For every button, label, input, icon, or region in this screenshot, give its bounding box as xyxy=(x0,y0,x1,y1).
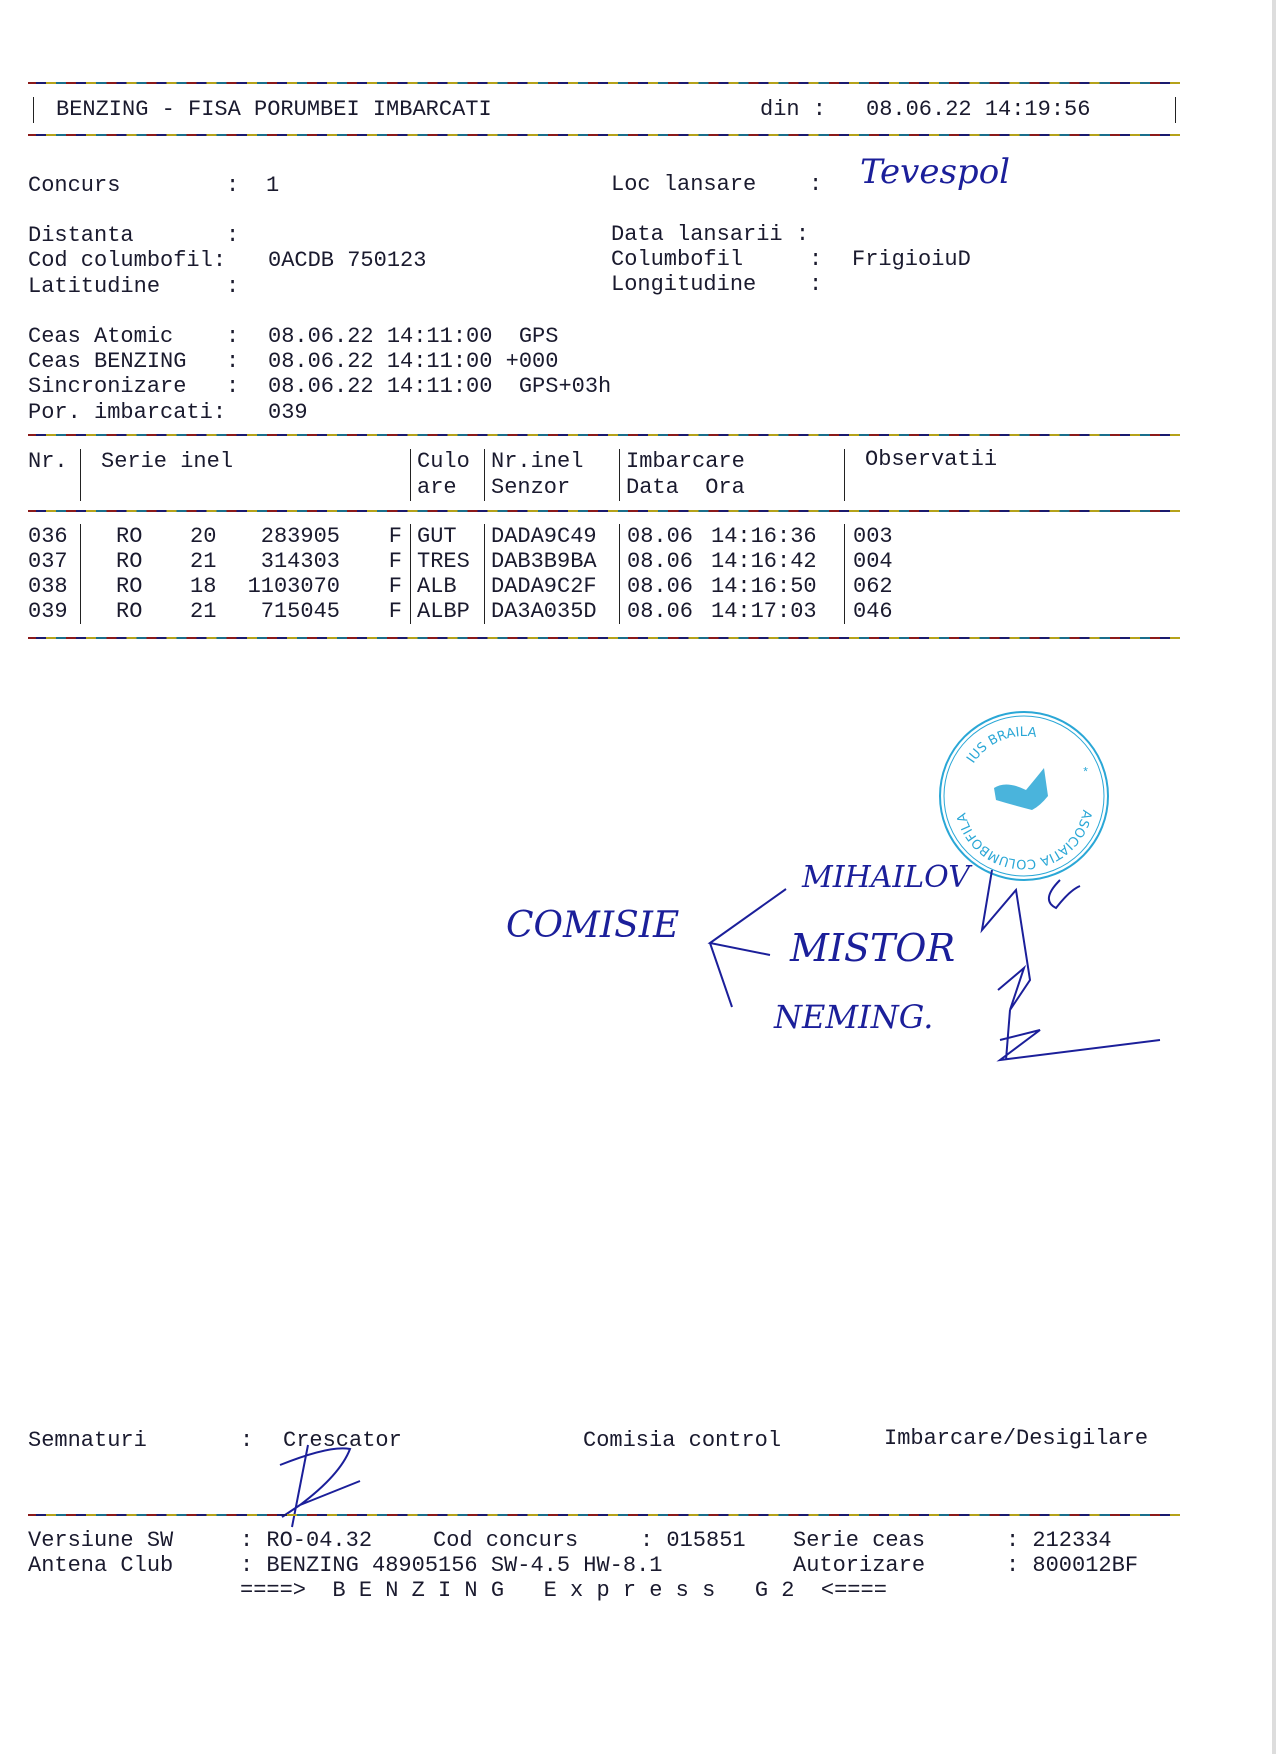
commission-member: NEMING. xyxy=(774,998,933,1036)
din-value: 08.06.22 14:19:56 xyxy=(866,97,1090,123)
cell-obs: 003 xyxy=(853,524,893,550)
cell-data: 08.06 xyxy=(627,524,693,550)
cell-tara: RO xyxy=(116,524,142,550)
cell-ora: 14:16:50 xyxy=(711,574,817,600)
comisia-control-label: Comisia control xyxy=(583,1428,781,1454)
col-separator xyxy=(80,524,81,549)
clock-value: 039 xyxy=(268,400,308,426)
cell-tara: RO xyxy=(116,549,142,575)
cell-culoare: GUT xyxy=(417,524,457,550)
autorizare-label: Autorizare xyxy=(793,1553,925,1579)
col-header-nr-inel-1: Nr.inel xyxy=(491,449,583,475)
cell-serie: 715045 xyxy=(261,599,340,625)
col-separator xyxy=(80,449,81,501)
cell-nr: 038 xyxy=(28,574,68,600)
columbofil-value: FrigioiuD xyxy=(852,247,971,273)
clock-value: 08.06.22 14:11:00 +000 xyxy=(268,349,558,375)
cell-senzor: DADA9C2F xyxy=(491,574,597,600)
antena-club-label: Antena Club xyxy=(28,1553,173,1579)
col-header-culoare-2: are xyxy=(417,475,457,501)
commission-label: COMISIE xyxy=(506,905,679,946)
clock-value: 08.06.22 14:11:00 GPS xyxy=(268,324,558,350)
commission-member: MISTOR xyxy=(790,926,955,970)
cell-culoare: ALB xyxy=(417,574,457,600)
col-separator xyxy=(619,574,620,599)
divider xyxy=(28,434,1180,436)
cell-nr: 039 xyxy=(28,599,68,625)
col-separator xyxy=(844,524,845,549)
col-header-imbarcare-2: Data Ora xyxy=(626,475,745,501)
divider xyxy=(28,637,1180,639)
cell-obs: 062 xyxy=(853,574,893,600)
cell-nr: 036 xyxy=(28,524,68,550)
cell-culoare: ALBP xyxy=(417,599,470,625)
latitudine-label: Latitudine : xyxy=(28,274,239,300)
benzing-banner: ====> B E N Z I N G E x p r e s s G 2 <=… xyxy=(240,1578,887,1604)
cell-tara: RO xyxy=(116,599,142,625)
cell-data: 08.06 xyxy=(627,599,693,625)
svg-text:*: * xyxy=(1082,766,1089,780)
col-header-imbarcare-1: Imbarcare xyxy=(626,449,745,475)
cell-senzor: DA3A035D xyxy=(491,599,597,625)
concurs-label: Concurs : xyxy=(28,173,239,199)
col-separator xyxy=(410,574,411,599)
cell-ora: 14:17:03 xyxy=(711,599,817,625)
bracket-mark xyxy=(700,885,800,1015)
col-separator xyxy=(844,549,845,574)
semnaturi-colon: : xyxy=(240,1428,253,1454)
col-header-nr: Nr. xyxy=(28,449,68,475)
cell-an: 20 xyxy=(190,524,216,550)
cell-sex: F xyxy=(389,574,402,600)
cell-senzor: DAB3B9BA xyxy=(491,549,597,575)
longitudine-label: Longitudine : xyxy=(611,272,822,298)
cell-serie: 1103070 xyxy=(248,574,340,600)
loc-lansare-handwritten: Tevespol xyxy=(860,152,1010,192)
cell-tara: RO xyxy=(116,574,142,600)
col-separator xyxy=(410,449,411,501)
data-lansarii-label: Data lansarii : xyxy=(611,222,809,248)
page-title: BENZING - FISA PORUMBEI IMBARCATI xyxy=(56,97,492,123)
antena-club-value: : BENZING 48905156 SW-4.5 HW-8.1 xyxy=(240,1553,662,1579)
club-stamp: IUS BRAILA ASOCIATIA COLUMBOFILA * xyxy=(936,708,1112,884)
divider xyxy=(28,134,1180,136)
cell-obs: 046 xyxy=(853,599,893,625)
columbofil-label: Columbofil : xyxy=(611,247,822,273)
col-separator xyxy=(484,599,485,624)
col-separator xyxy=(619,599,620,624)
commission-member: MIHAILOV xyxy=(802,860,970,895)
cell-sex: F xyxy=(389,549,402,575)
col-separator xyxy=(619,524,620,549)
cell-data: 08.06 xyxy=(627,574,693,600)
clock-label: Por. imbarcati: xyxy=(28,400,226,426)
cell-an: 18 xyxy=(190,574,216,600)
din-label: din : xyxy=(760,97,826,123)
col-header-nr-inel-2: Senzor xyxy=(491,475,570,501)
col-separator xyxy=(844,449,845,501)
cell-ora: 14:16:42 xyxy=(711,549,817,575)
imbarcare-desigilare-label: Imbarcare/Desigilare xyxy=(884,1426,1148,1452)
col-separator xyxy=(80,599,81,624)
col-separator xyxy=(484,574,485,599)
col-separator xyxy=(410,549,411,574)
header-border-left xyxy=(33,97,34,123)
col-separator xyxy=(410,599,411,624)
col-separator xyxy=(844,599,845,624)
cell-senzor: DADA9C49 xyxy=(491,524,597,550)
cell-serie: 314303 xyxy=(261,549,340,575)
autorizare-value: : 800012BF xyxy=(1006,1553,1138,1579)
clock-value: 08.06.22 14:11:00 GPS+03h xyxy=(268,374,611,400)
col-header-serie-inel: Serie inel xyxy=(101,449,233,475)
signature xyxy=(960,860,1160,1080)
cell-an: 21 xyxy=(190,549,216,575)
col-separator xyxy=(619,549,620,574)
col-separator xyxy=(484,524,485,549)
versiune-sw-label: Versiune SW xyxy=(28,1528,173,1554)
col-separator xyxy=(484,549,485,574)
cell-sex: F xyxy=(389,599,402,625)
serie-ceas-value: : 212334 xyxy=(1006,1528,1112,1554)
scan-edge xyxy=(1272,0,1276,1754)
col-separator xyxy=(80,549,81,574)
concurs-value: 1 xyxy=(266,173,279,199)
cell-obs: 004 xyxy=(853,549,893,575)
cell-data: 08.06 xyxy=(627,549,693,575)
cod-columbofil-label: Cod columbofil: xyxy=(28,248,226,274)
divider xyxy=(28,510,1180,512)
cell-serie: 283905 xyxy=(261,524,340,550)
svg-text:IUS BRAILA: IUS BRAILA xyxy=(964,725,1037,766)
clock-label: Sincronizare : xyxy=(28,374,239,400)
clock-label: Ceas BENZING : xyxy=(28,349,239,375)
cod-concurs-value: : 015851 xyxy=(640,1528,746,1554)
col-separator xyxy=(410,524,411,549)
cell-nr: 037 xyxy=(28,549,68,575)
serie-ceas-label: Serie ceas xyxy=(793,1528,925,1554)
versiune-sw-value: : RO-04.32 xyxy=(240,1528,372,1554)
cell-sex: F xyxy=(389,524,402,550)
divider xyxy=(28,82,1180,84)
cell-an: 21 xyxy=(190,599,216,625)
col-header-culoare-1: Culo xyxy=(417,449,470,475)
header-border-right xyxy=(1175,97,1176,123)
divider xyxy=(28,1514,1180,1516)
distanta-label: Distanta : xyxy=(28,223,239,249)
cell-culoare: TRES xyxy=(417,549,470,575)
cod-concurs-label: Cod concurs xyxy=(433,1528,578,1554)
breeder-signature xyxy=(270,1445,380,1530)
semnaturi-label: Semnaturi xyxy=(28,1428,147,1454)
col-separator xyxy=(844,574,845,599)
col-separator xyxy=(80,574,81,599)
col-header-observatii: Observatii xyxy=(865,447,997,473)
loc-lansare-label: Loc lansare : xyxy=(611,172,822,198)
cod-columbofil-value: 0ACDB 750123 xyxy=(268,248,426,274)
clock-label: Ceas Atomic : xyxy=(28,324,239,350)
col-separator xyxy=(484,449,485,501)
col-separator xyxy=(619,449,620,501)
cell-ora: 14:16:36 xyxy=(711,524,817,550)
